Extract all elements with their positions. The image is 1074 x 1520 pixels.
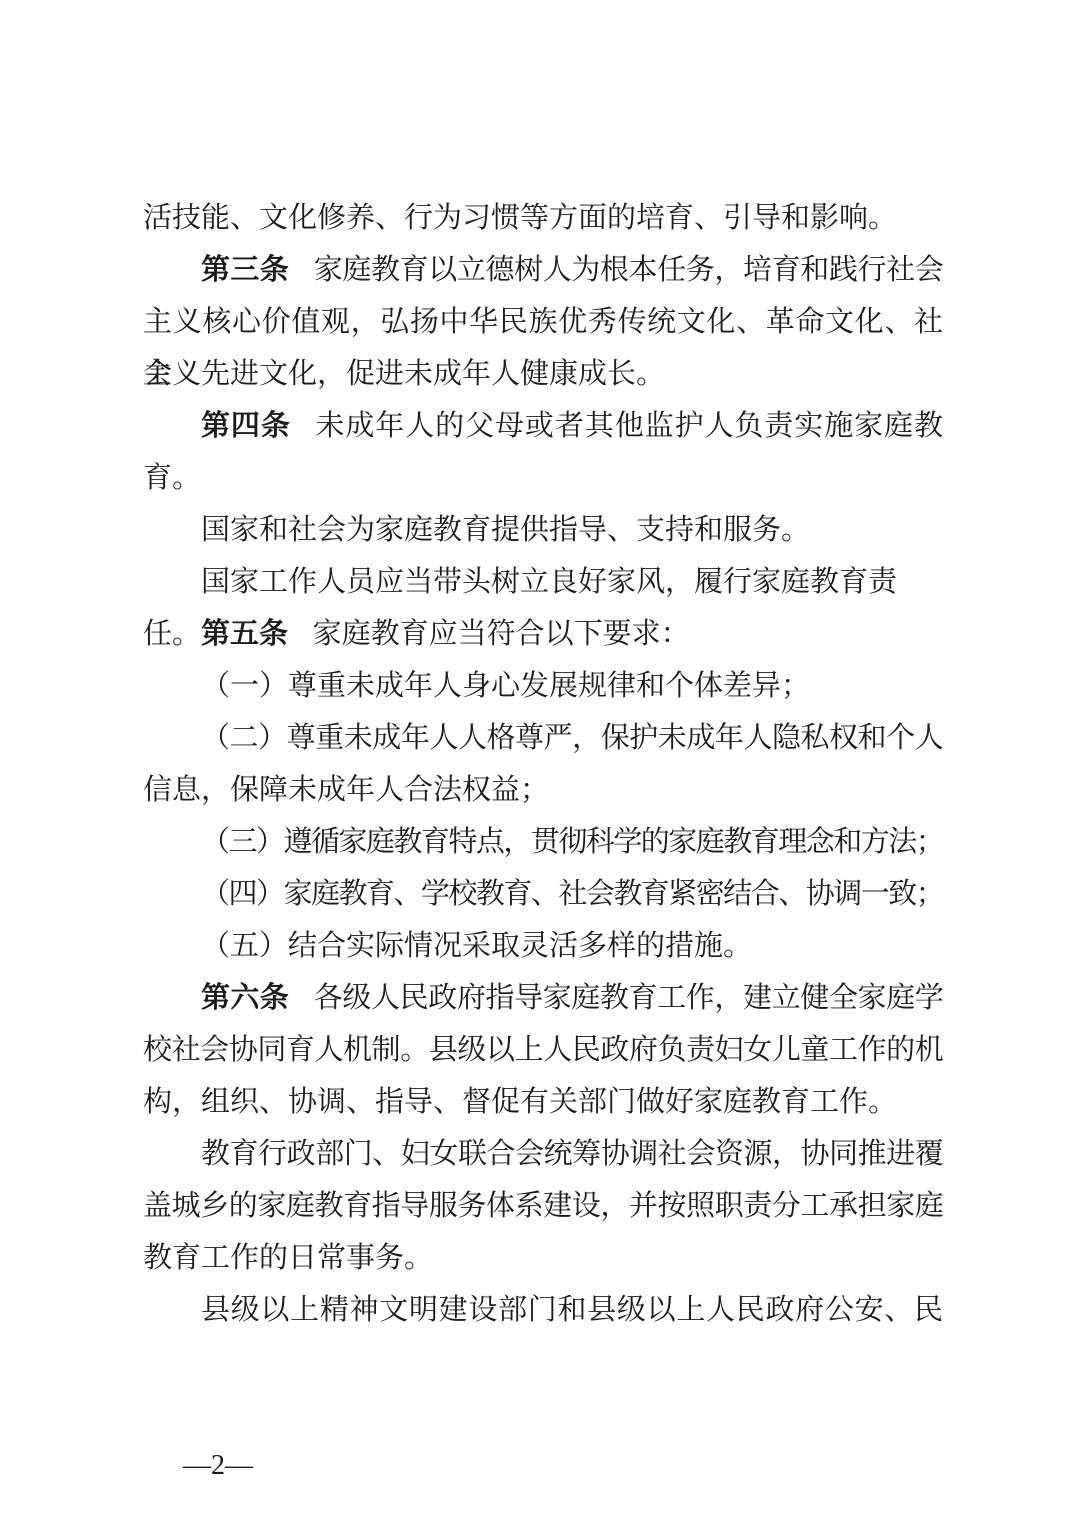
paragraph-line: 信息，保障未成年人合法权益； <box>143 764 943 816</box>
paragraph-line: 第五条家庭教育应当符合以下要求： <box>143 608 943 660</box>
line-text: 县级以上精神文明建设部门和县级以上人民政府公安、民 <box>201 1294 943 1326</box>
line-text: 未成年人的父母或者其他监护人负责实施家庭教 <box>315 410 943 442</box>
paragraph-line: 主义先进文化，促进未成年人健康成长。 <box>143 348 943 400</box>
paragraph-line: 活技能、文化修养、行为习惯等方面的培育、引导和影响。 <box>143 192 943 244</box>
line-text: （二）尊重未成年人人格尊严，保护未成年人隐私权和个人 <box>201 722 943 754</box>
article-number: 第五条 <box>201 618 288 650</box>
paragraph-line: 构，组织、协调、指导、督促有关部门做好家庭教育工作。 <box>143 1076 943 1128</box>
paragraph-line: 国家和社会为家庭教育提供指导、支持和服务。 <box>143 504 943 556</box>
line-text: （四）家庭教育、学校教育、社会教育紧密结合、协调一致； <box>201 878 943 910</box>
paragraph-line: 国家工作人员应当带头树立良好家风，履行家庭教育责任。 <box>143 556 943 608</box>
document-page: 活技能、文化修养、行为习惯等方面的培育、引导和影响。 第三条家庭教育以立德树人为… <box>0 0 1074 1520</box>
line-text: 教育行政部门、妇女联合会统筹协调社会资源，协同推进覆 <box>201 1138 943 1170</box>
paragraph-line: （三）遵循家庭教育特点，贯彻科学的家庭教育理念和方法； <box>143 816 943 868</box>
article-number: 第四条 <box>201 410 291 442</box>
paragraph-line: 教育工作的日常事务。 <box>143 1232 943 1284</box>
paragraph-line: 第六条各级人民政府指导家庭教育工作，建立健全家庭学 <box>143 972 943 1024</box>
paragraph-line: 教育行政部门、妇女联合会统筹协调社会资源，协同推进覆 <box>143 1128 943 1180</box>
line-text: 活技能、文化修养、行为习惯等方面的培育、引导和影响。 <box>143 202 897 234</box>
line-text: （五）结合实际情况采取灵活多样的措施。 <box>201 930 752 962</box>
line-text: 家庭教育应当符合以下要求： <box>313 618 690 650</box>
line-text: 教育工作的日常事务。 <box>143 1242 433 1274</box>
line-text: （一）尊重未成年人身心发展规律和个体差异； <box>201 670 810 702</box>
line-text: 国家和社会为家庭教育提供指导、支持和服务。 <box>201 514 810 546</box>
document-body: 活技能、文化修养、行为习惯等方面的培育、引导和影响。 第三条家庭教育以立德树人为… <box>143 192 943 1336</box>
article-number: 第六条 <box>201 982 289 1014</box>
paragraph-line: （二）尊重未成年人人格尊严，保护未成年人隐私权和个人 <box>143 712 943 764</box>
line-text: 信息，保障未成年人合法权益； <box>143 774 549 806</box>
paragraph-line: 第四条未成年人的父母或者其他监护人负责实施家庭教 <box>143 400 943 452</box>
paragraph-line: （五）结合实际情况采取灵活多样的措施。 <box>143 920 943 972</box>
line-text: 校社会协同育人机制。县级以上人民政府负责妇女儿童工作的机 <box>143 1034 943 1066</box>
line-text: 家庭教育以立德树人为根本任务，培育和践行社会 <box>314 254 943 286</box>
line-text: 构，组织、协调、指导、督促有关部门做好家庭教育工作。 <box>143 1086 897 1118</box>
line-text: 各级人民政府指导家庭教育工作，建立健全家庭学 <box>314 982 943 1014</box>
paragraph-line: 盖城乡的家庭教育指导服务体系建设，并按照职责分工承担家庭 <box>143 1180 943 1232</box>
line-text: （三）遵循家庭教育特点，贯彻科学的家庭教育理念和方法； <box>201 826 943 858</box>
line-text: 育。 <box>143 462 201 494</box>
paragraph-line: 主义核心价值观，弘扬中华民族优秀传统文化、革命文化、社会 <box>143 296 943 348</box>
paragraph-line: 校社会协同育人机制。县级以上人民政府负责妇女儿童工作的机 <box>143 1024 943 1076</box>
page-number: —2— <box>183 1440 253 1492</box>
paragraph-line: （一）尊重未成年人身心发展规律和个体差异； <box>143 660 943 712</box>
article-number: 第三条 <box>201 254 289 286</box>
paragraph-line: （四）家庭教育、学校教育、社会教育紧密结合、协调一致； <box>143 868 943 920</box>
line-text: 盖城乡的家庭教育指导服务体系建设，并按照职责分工承担家庭 <box>143 1190 943 1222</box>
line-text: 主义先进文化，促进未成年人健康成长。 <box>143 358 665 390</box>
paragraph-line: 第三条家庭教育以立德树人为根本任务，培育和践行社会 <box>143 244 943 296</box>
paragraph-line: 育。 <box>143 452 943 504</box>
paragraph-line: 县级以上精神文明建设部门和县级以上人民政府公安、民 <box>143 1284 943 1336</box>
